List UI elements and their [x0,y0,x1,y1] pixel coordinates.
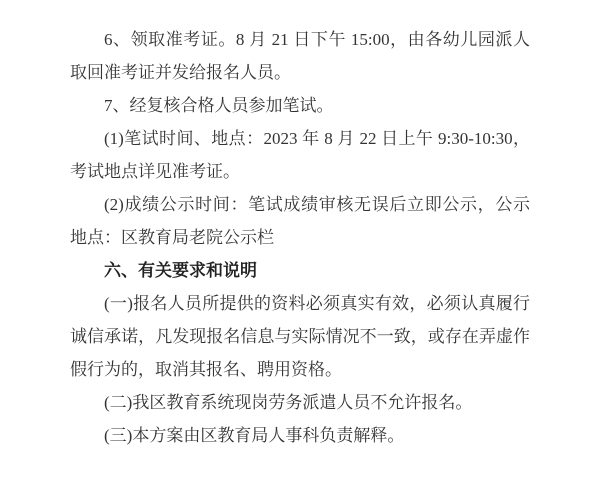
section-heading-requirements: 六、有关要求和说明 [70,254,530,287]
paragraph-dispatch-worker-restriction: (二)我区教育系统现岗劳务派遣人员不允许报名。 [70,386,530,419]
document-page: 6、领取准考证。8 月 21 日下午 15:00，由各幼儿园派人取回准考证并发给… [0,0,600,502]
paragraph-written-test-eligibility: 7、经复核合格人员参加笔试。 [70,89,530,122]
paragraph-integrity-requirement: (一)报名人员所提供的资料必须真实有效，必须认真履行诚信承诺，凡发现报名信息与实… [70,287,530,386]
paragraph-interpretation-authority: (三)本方案由区教育局人事科负责解释。 [70,419,530,452]
paragraph-admit-card-pickup: 6、领取准考证。8 月 21 日下午 15:00，由各幼儿园派人取回准考证并发给… [70,23,530,89]
paragraph-written-test-time-location: (1)笔试时间、地点：2023 年 8 月 22 日上午 9:30-10:30，… [70,122,530,188]
document-body: 6、领取准考证。8 月 21 日下午 15:00，由各幼儿园派人取回准考证并发给… [0,0,600,452]
paragraph-score-publicity: (2)成绩公示时间：笔试成绩审核无误后立即公示，公示地点：区教育局老院公示栏 [70,188,530,254]
